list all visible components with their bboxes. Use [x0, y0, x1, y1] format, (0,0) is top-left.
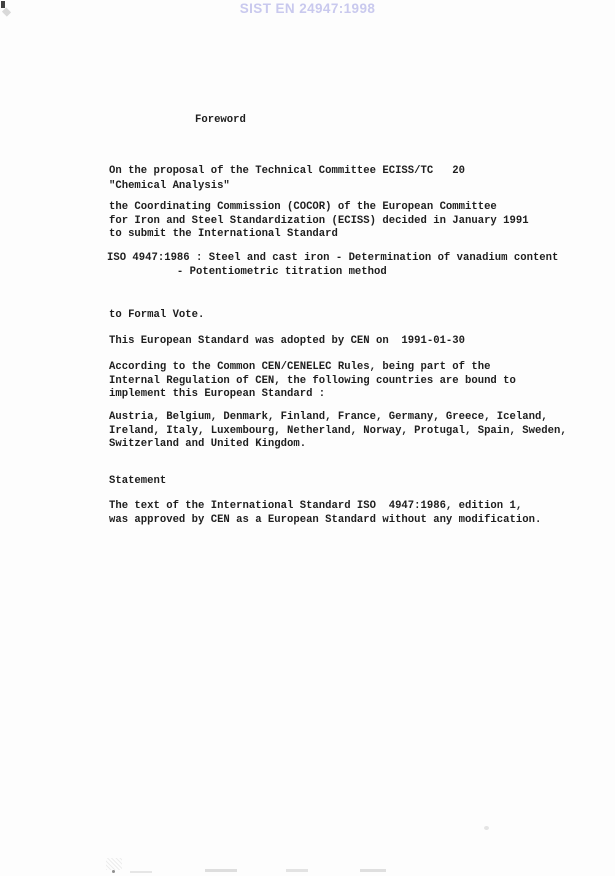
scan-smudge-icon — [106, 858, 122, 870]
text-line: The text of the International Standard I… — [109, 500, 541, 514]
text-line: to submit the International Standard — [109, 228, 529, 242]
paragraph-cocor-decision: the Coordinating Commission (COCOR) of t… — [109, 201, 529, 242]
text-line: "Chemical Analysis" — [109, 179, 465, 194]
statement-heading: Statement — [109, 475, 166, 489]
text-line: Switzerland and United Kingdom. — [109, 438, 567, 452]
paragraph-formal-vote: to Formal Vote. — [109, 309, 204, 323]
text-line: This European Standard was adopted by CE… — [109, 335, 465, 349]
text-line: was approved by CEN as a European Standa… — [109, 514, 541, 528]
text-line: On the proposal of the Technical Committ… — [109, 164, 465, 179]
text-line: Ireland, Italy, Luxembourg, Netherland, … — [109, 425, 567, 439]
text-line: implement this European Standard : — [109, 388, 516, 402]
text-line: Austria, Belgium, Denmark, Finland, Fran… — [109, 411, 567, 425]
document-page: SIST EN 24947:1998 Foreword On the propo… — [0, 0, 615, 876]
text-line: to Formal Vote. — [109, 309, 204, 323]
scan-smudge-icon — [484, 826, 489, 830]
foreword-heading: Foreword — [195, 114, 246, 128]
scan-smudge-icon — [112, 870, 115, 873]
scan-smudge-icon — [130, 871, 152, 873]
text-line: - Potentiometric titration method — [107, 266, 558, 280]
heading-text: Statement — [109, 475, 166, 489]
text-line: the Coordinating Commission (COCOR) of t… — [109, 201, 529, 215]
text-line: According to the Common CEN/CENELEC Rule… — [109, 361, 516, 375]
paragraph-statement-text: The text of the International Standard I… — [109, 500, 541, 527]
text-line: ISO 4947:1986 : Steel and cast iron - De… — [107, 252, 558, 266]
text-line: Internal Regulation of CEN, the followin… — [109, 375, 516, 389]
heading-text: Foreword — [195, 114, 246, 128]
watermark-standard-code: SIST EN 24947:1998 — [0, 1, 615, 16]
text-line: for Iron and Steel Standardization (ECIS… — [109, 215, 529, 229]
scan-smudge-icon — [286, 869, 308, 872]
paragraph-iso-reference: ISO 4947:1986 : Steel and cast iron - De… — [107, 252, 558, 279]
paragraph-proposal: On the proposal of the Technical Committ… — [109, 164, 465, 194]
scan-smudge-icon — [205, 869, 237, 872]
paragraph-cen-rules: According to the Common CEN/CENELEC Rule… — [109, 361, 516, 402]
paragraph-adoption-date: This European Standard was adopted by CE… — [109, 335, 465, 349]
paragraph-member-countries: Austria, Belgium, Denmark, Finland, Fran… — [109, 411, 567, 452]
scan-smudge-icon — [360, 869, 386, 872]
